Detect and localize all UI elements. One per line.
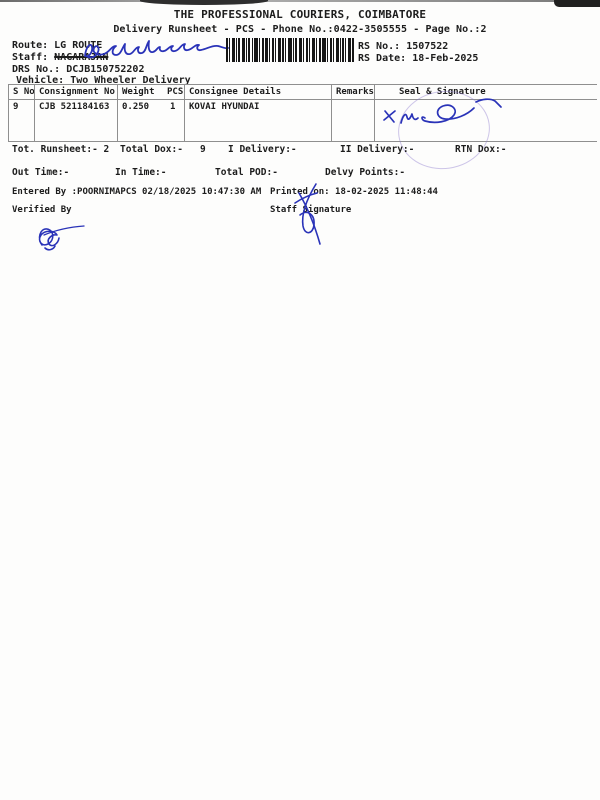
page-title: THE PROFESSIONAL COURIERS, COIMBATORE bbox=[0, 9, 600, 21]
route-label: Route: bbox=[12, 40, 48, 51]
row-weight-pcs: 0.2501 bbox=[117, 100, 184, 141]
entered-by-line: Entered By :POORNIMAPCS 02/18/2025 10:47… bbox=[12, 188, 261, 198]
col-header-consignment-no: Consignment No bbox=[34, 85, 117, 100]
rs-date-label: RS Date: bbox=[358, 53, 406, 64]
row-s-no: 9 bbox=[9, 100, 34, 141]
total-dox-label: Total Dox:- bbox=[120, 145, 183, 155]
col-header-remarks: Remarks bbox=[331, 85, 374, 100]
tot-runsheet-value: 2 bbox=[104, 144, 110, 155]
out-time-label: Out Time:- bbox=[12, 168, 69, 178]
col-header-weight-pcs: WeightPCS bbox=[117, 85, 184, 100]
verified-by-scribble bbox=[28, 221, 90, 253]
rs-no-label: RS No.: bbox=[358, 41, 400, 52]
rs-no-value: 1507522 bbox=[406, 41, 448, 52]
row-weight: 0.250 bbox=[122, 102, 170, 112]
in-time-label: In Time:- bbox=[115, 168, 166, 178]
rs-date-line: RS Date: 18-Feb-2025 bbox=[358, 53, 478, 64]
runsheet-document: THE PROFESSIONAL COURIERS, COIMBATORE De… bbox=[0, 0, 600, 800]
rs-date-value: 18-Feb-2025 bbox=[412, 53, 478, 64]
row-remarks bbox=[331, 100, 374, 141]
scan-corner-artifact bbox=[554, 0, 600, 7]
staff-handwritten-name-signature bbox=[80, 36, 232, 66]
col-header-weight: Weight bbox=[122, 87, 167, 97]
row-pcs: 1 bbox=[170, 102, 175, 112]
staff-signature-scribble bbox=[286, 181, 332, 248]
drs-label: DRS No.: bbox=[12, 64, 60, 75]
ii-delivery-label: II Delivery:- bbox=[340, 145, 414, 155]
staff-label: Staff: bbox=[12, 52, 48, 63]
row-consignee: KOVAI HYUNDAI bbox=[184, 100, 331, 141]
row-consignment-no: CJB 521184163 bbox=[34, 100, 117, 141]
i-delivery-label: I Delivery:- bbox=[228, 145, 297, 155]
consignment-barcode bbox=[226, 38, 354, 62]
page-subtitle: Delivery Runsheet - PCS - Phone No.:0422… bbox=[0, 24, 600, 35]
scan-edge-artifact bbox=[0, 0, 600, 2]
receiver-seal-signature bbox=[376, 90, 504, 138]
total-pod-label: Total POD:- bbox=[215, 168, 278, 178]
tot-runsheet: Tot. Runsheet:- 2 bbox=[12, 145, 109, 155]
delvy-points-label: Delvy Points:- bbox=[325, 168, 405, 178]
col-header-consignee: Consignee Details bbox=[184, 85, 331, 100]
col-header-pcs: PCS bbox=[167, 87, 183, 97]
total-dox-value: 9 bbox=[200, 145, 206, 155]
consignment-table: S No Consignment No WeightPCS Consignee … bbox=[8, 84, 597, 142]
rs-no-line: RS No.: 1507522 bbox=[358, 41, 448, 52]
scan-smudge-artifact bbox=[140, 0, 268, 5]
col-header-s-no: S No bbox=[9, 85, 34, 100]
tot-runsheet-label: Tot. Runsheet:- bbox=[12, 144, 98, 155]
rtn-dox-label: RTN Dox:- bbox=[455, 145, 506, 155]
verified-by-label: Verified By bbox=[12, 206, 72, 216]
